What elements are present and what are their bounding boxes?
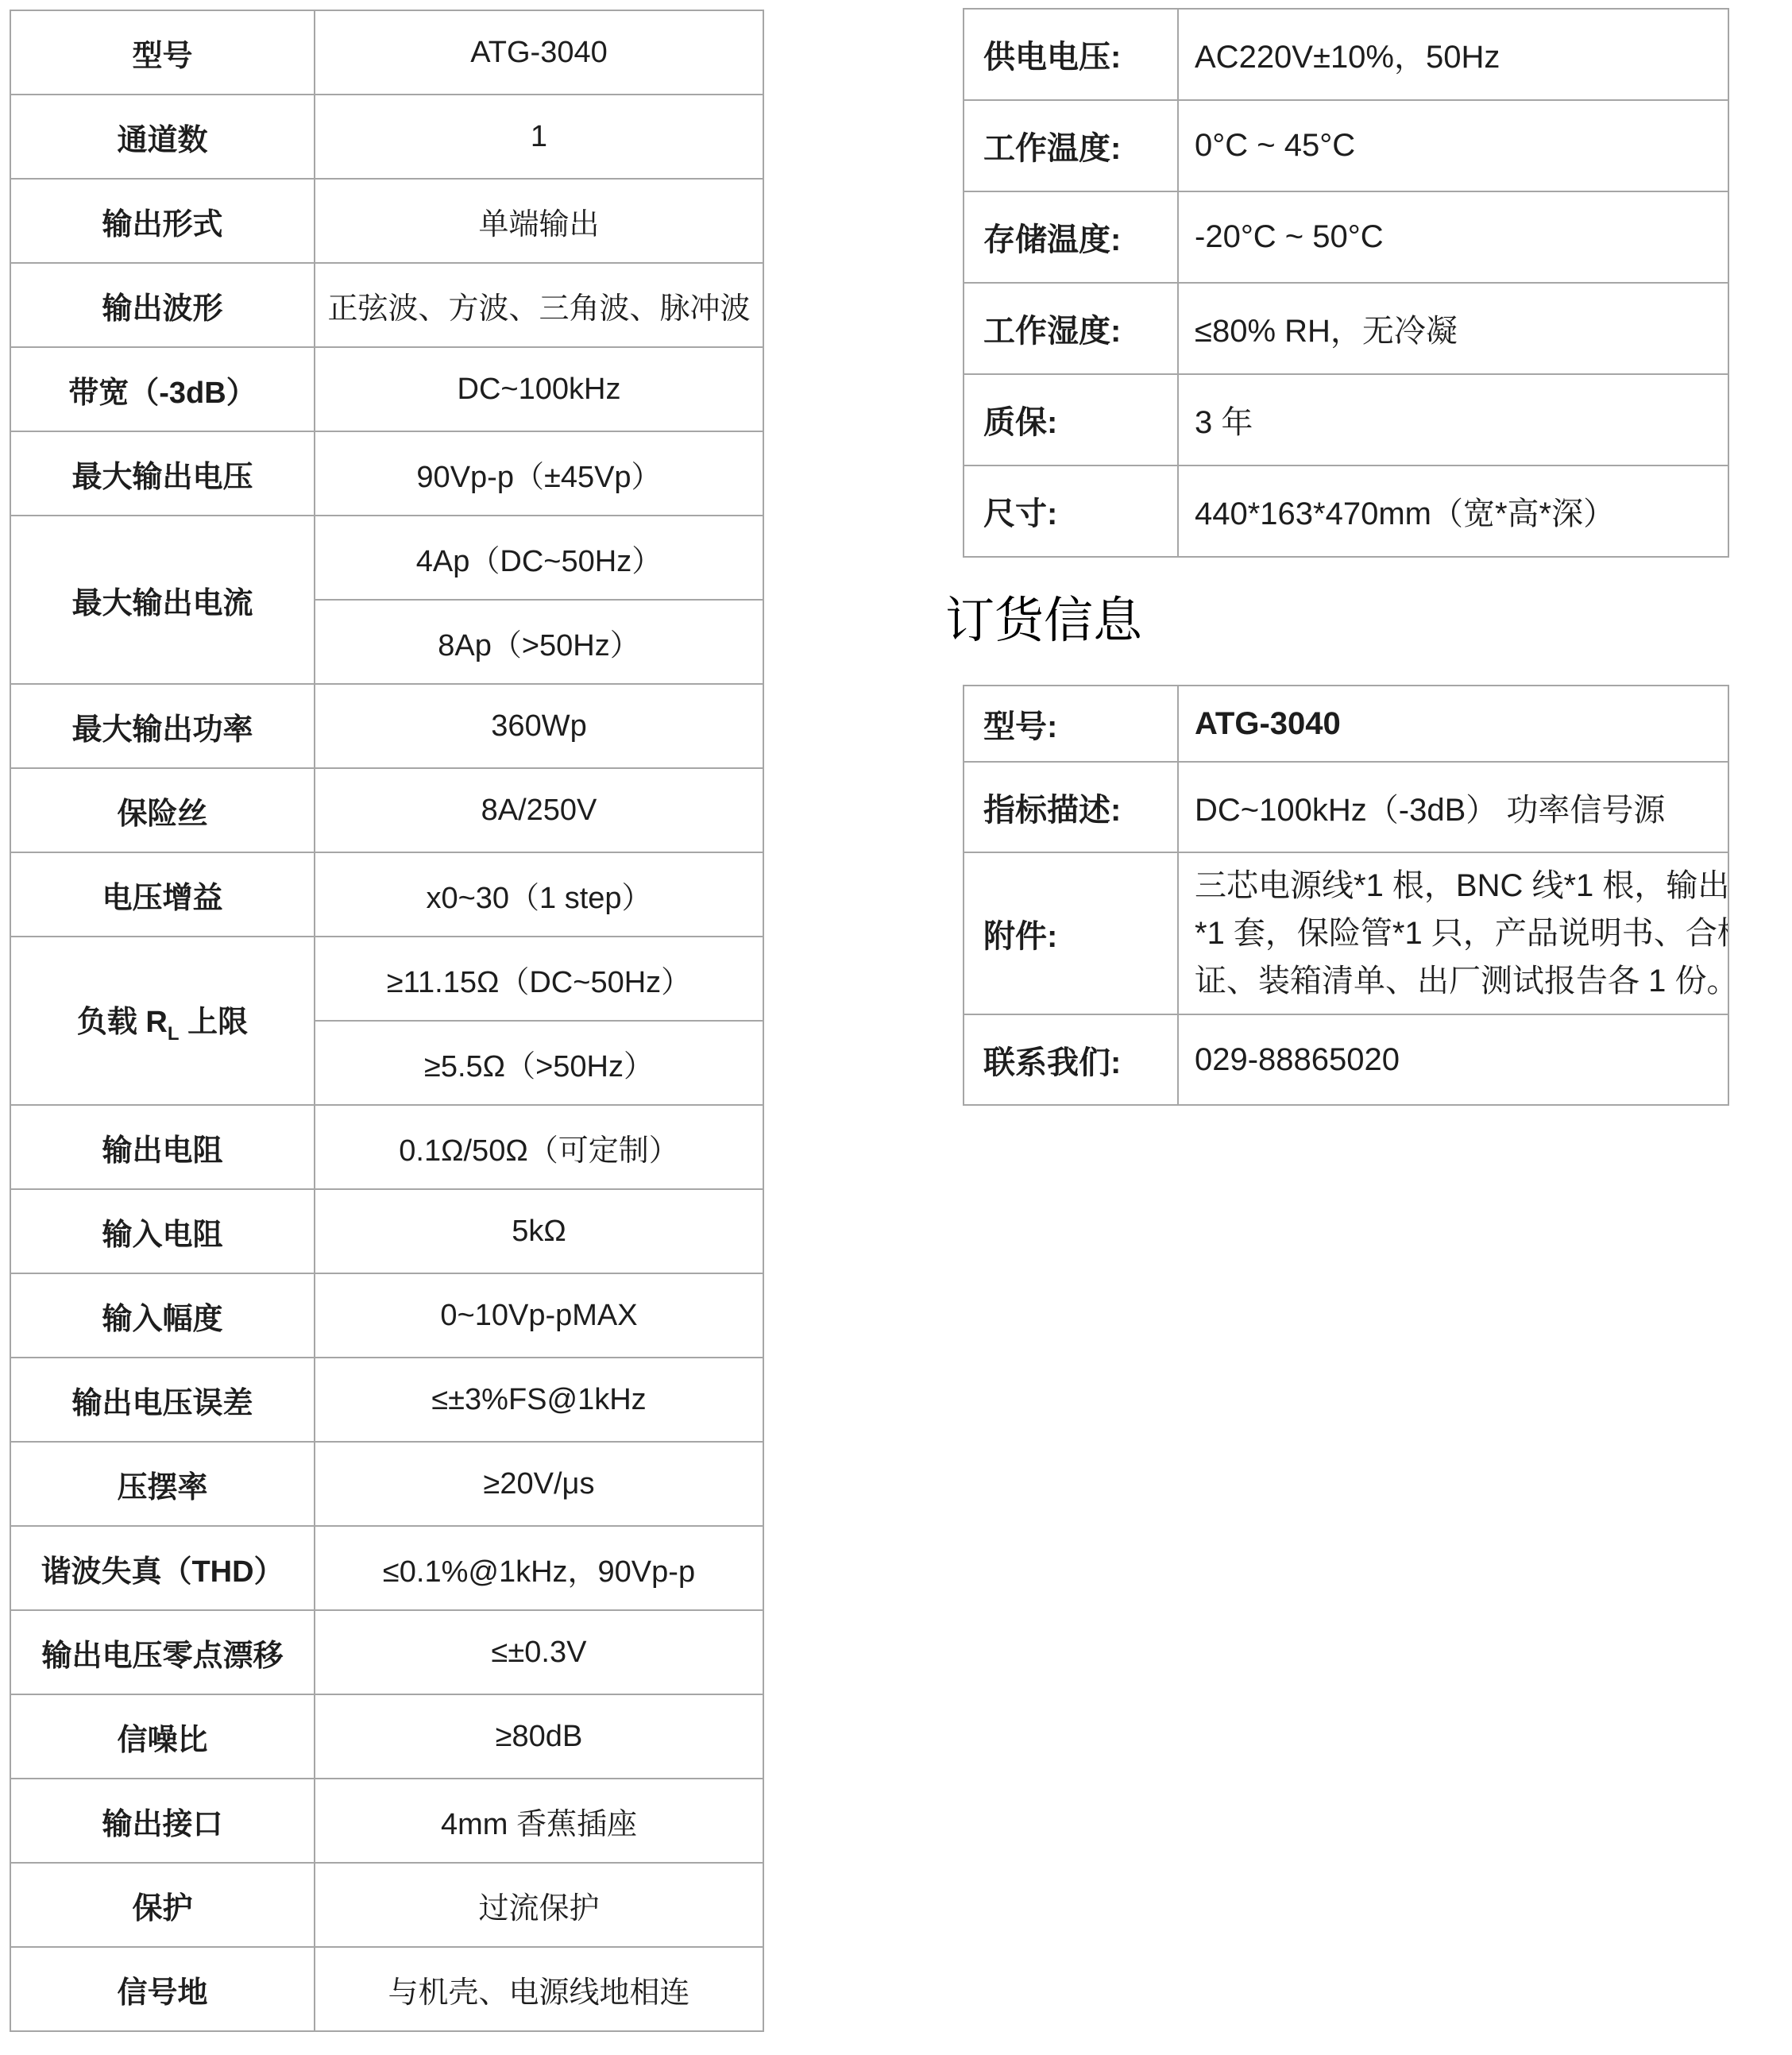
table-row: 谐波失真（THD） ≤0.1%@1kHz，90Vp-p xyxy=(10,1526,763,1610)
table-row: 输入电阻 5kΩ xyxy=(10,1189,763,1273)
spec-label: 负载 RL 上限 xyxy=(10,937,315,1105)
spec-value: ≤0.1%@1kHz，90Vp-p xyxy=(315,1526,763,1610)
spec-label: 通道数 xyxy=(10,95,315,179)
table-row: 尺寸: 440*163*470mm（宽*高*深） xyxy=(964,465,1728,557)
spec-value: 单端输出 xyxy=(315,179,763,263)
spec-label: 输出波形 xyxy=(10,263,315,347)
spec-value: 4mm 香蕉插座 xyxy=(315,1779,763,1863)
spec-label: 输出形式 xyxy=(10,179,315,263)
spec-value: 360Wp xyxy=(315,684,763,768)
spec-label: 带宽（-3dB） xyxy=(10,347,315,431)
spec-value: 90Vp-p（±45Vp） xyxy=(315,431,763,516)
spec-label: 输出电压零点漂移 xyxy=(10,1610,315,1694)
order-value-contact: 029-88865020 xyxy=(1178,1014,1728,1105)
spec-label: 保护 xyxy=(10,1863,315,1947)
table-row: 通道数 1 xyxy=(10,95,763,179)
spec-value: 过流保护 xyxy=(315,1863,763,1947)
section-title-ordering-info: 订货信息 xyxy=(945,585,1142,658)
env-value: 3 年 xyxy=(1178,374,1728,465)
table-row: 存储温度: -20°C ~ 50°C xyxy=(964,191,1728,283)
table-row: 型号: ATG-3040 xyxy=(964,686,1728,762)
accessories-line: 三芯电源线*1 根，BNC 线*1 根，输出线 xyxy=(1195,862,1727,910)
table-row: 输出波形 正弦波、方波、三角波、脉冲波 xyxy=(10,263,763,347)
table-row: 输出电压零点漂移 ≤±0.3V xyxy=(10,1610,763,1694)
env-value: 0°C ~ 45°C xyxy=(1178,100,1728,191)
spec-label: 输出电压误差 xyxy=(10,1358,315,1442)
table-row: 带宽（-3dB） DC~100kHz xyxy=(10,347,763,431)
accessories-line: 证、装箱清单、出厂测试报告各 1 份。 xyxy=(1195,957,1727,1005)
spec-label: 信号地 xyxy=(10,1947,315,2031)
order-value-model: ATG-3040 xyxy=(1178,686,1728,762)
table-row: 最大输出电流 4Ap（DC~50Hz） xyxy=(10,516,763,600)
table-row: 压摆率 ≥20V/μs xyxy=(10,1442,763,1526)
spec-value: 5kΩ xyxy=(315,1189,763,1273)
table-row: 信号地 与机壳、电源线地相连 xyxy=(10,1947,763,2031)
spec-label: 输出接口 xyxy=(10,1779,315,1863)
spec-value: ≥11.15Ω（DC~50Hz） xyxy=(315,937,763,1021)
env-label: 工作温度: xyxy=(964,100,1178,191)
table-row: 质保: 3 年 xyxy=(964,374,1728,465)
table-row: 指标描述: DC~100kHz（-3dB） 功率信号源 xyxy=(964,762,1728,852)
spec-label: 型号 xyxy=(10,10,315,95)
table-row: 输出电阻 0.1Ω/50Ω（可定制） xyxy=(10,1105,763,1189)
spec-label: 最大输出电压 xyxy=(10,431,315,516)
spec-label-text: 上限 xyxy=(180,1006,249,1039)
order-label: 指标描述: xyxy=(964,762,1178,852)
env-label: 工作湿度: xyxy=(964,283,1178,374)
spec-value: ≥5.5Ω（>50Hz） xyxy=(315,1021,763,1105)
spec-value: ≤±0.3V xyxy=(315,1610,763,1694)
spec-value: 0~10Vp-pMAX xyxy=(315,1273,763,1358)
env-label: 存储温度: xyxy=(964,191,1178,283)
table-row: 信噪比 ≥80dB xyxy=(10,1694,763,1779)
table-row: 附件: 三芯电源线*1 根，BNC 线*1 根，输出线 *1 套，保险管*1 只… xyxy=(964,852,1728,1014)
spec-value: 4Ap（DC~50Hz） xyxy=(315,516,763,600)
env-table: 供电电压: AC220V±10%，50Hz 工作温度: 0°C ~ 45°C 存… xyxy=(963,8,1729,558)
table-row: 输出电压误差 ≤±3%FS@1kHz xyxy=(10,1358,763,1442)
spec-label: 谐波失真（THD） xyxy=(10,1526,315,1610)
table-row: 联系我们: 029-88865020 xyxy=(964,1014,1728,1105)
spec-label: 输入幅度 xyxy=(10,1273,315,1358)
table-row: 型号 ATG-3040 xyxy=(10,10,763,95)
spec-value: ≥20V/μs xyxy=(315,1442,763,1526)
table-row: 供电电压: AC220V±10%，50Hz xyxy=(964,9,1728,100)
spec-value: x0~30（1 step） xyxy=(315,852,763,937)
spec-value: 与机壳、电源线地相连 xyxy=(315,1947,763,2031)
table-row: 保护 过流保护 xyxy=(10,1863,763,1947)
spec-value: 8A/250V xyxy=(315,768,763,852)
table-row: 负载 RL 上限 ≥11.15Ω（DC~50Hz） xyxy=(10,937,763,1021)
order-label: 附件: xyxy=(964,852,1178,1014)
spec-value: ≤±3%FS@1kHz xyxy=(315,1358,763,1442)
table-row: 工作温度: 0°C ~ 45°C xyxy=(964,100,1728,191)
spec-table: 型号 ATG-3040 通道数 1 输出形式 单端输出 输出波形 正弦波、方波、… xyxy=(10,10,764,2032)
spec-value: 0.1Ω/50Ω（可定制） xyxy=(315,1105,763,1189)
table-row: 输出形式 单端输出 xyxy=(10,179,763,263)
table-row: 输入幅度 0~10Vp-pMAX xyxy=(10,1273,763,1358)
spec-label: 输入电阻 xyxy=(10,1189,315,1273)
spec-label: 信噪比 xyxy=(10,1694,315,1779)
table-row: 输出接口 4mm 香蕉插座 xyxy=(10,1779,763,1863)
spec-label: 电压增益 xyxy=(10,852,315,937)
accessories-line: *1 套，保险管*1 只，产品说明书、合格 xyxy=(1195,910,1727,957)
env-value: ≤80% RH，无冷凝 xyxy=(1178,283,1728,374)
env-label: 供电电压: xyxy=(964,9,1178,100)
order-label: 型号: xyxy=(964,686,1178,762)
env-value: AC220V±10%，50Hz xyxy=(1178,9,1728,100)
spec-label: 最大输出功率 xyxy=(10,684,315,768)
table-row: 最大输出电压 90Vp-p（±45Vp） xyxy=(10,431,763,516)
spec-value: 8Ap（>50Hz） xyxy=(315,600,763,684)
ordering-table: 型号: ATG-3040 指标描述: DC~100kHz（-3dB） 功率信号源… xyxy=(963,685,1729,1106)
spec-label-text: 负载 R xyxy=(77,1006,168,1039)
env-label: 质保: xyxy=(964,374,1178,465)
spec-label: 保险丝 xyxy=(10,768,315,852)
spec-label: 输出电阻 xyxy=(10,1105,315,1189)
spec-value: 1 xyxy=(315,95,763,179)
spec-label-subscript: L xyxy=(168,1023,180,1045)
table-row: 电压增益 x0~30（1 step） xyxy=(10,852,763,937)
spec-label: 最大输出电流 xyxy=(10,516,315,684)
spec-value: DC~100kHz xyxy=(315,347,763,431)
env-value: 440*163*470mm（宽*高*深） xyxy=(1178,465,1728,557)
spec-value: ATG-3040 xyxy=(315,10,763,95)
spec-label: 压摆率 xyxy=(10,1442,315,1526)
table-row: 工作湿度: ≤80% RH，无冷凝 xyxy=(964,283,1728,374)
env-label: 尺寸: xyxy=(964,465,1178,557)
table-row: 最大输出功率 360Wp xyxy=(10,684,763,768)
table-row: 保险丝 8A/250V xyxy=(10,768,763,852)
spec-value: ≥80dB xyxy=(315,1694,763,1779)
order-value-description: DC~100kHz（-3dB） 功率信号源 xyxy=(1178,762,1728,852)
order-value-accessories: 三芯电源线*1 根，BNC 线*1 根，输出线 *1 套，保险管*1 只，产品说… xyxy=(1178,852,1728,1014)
env-value: -20°C ~ 50°C xyxy=(1178,191,1728,283)
spec-value: 正弦波、方波、三角波、脉冲波 xyxy=(315,263,763,347)
order-label: 联系我们: xyxy=(964,1014,1178,1105)
